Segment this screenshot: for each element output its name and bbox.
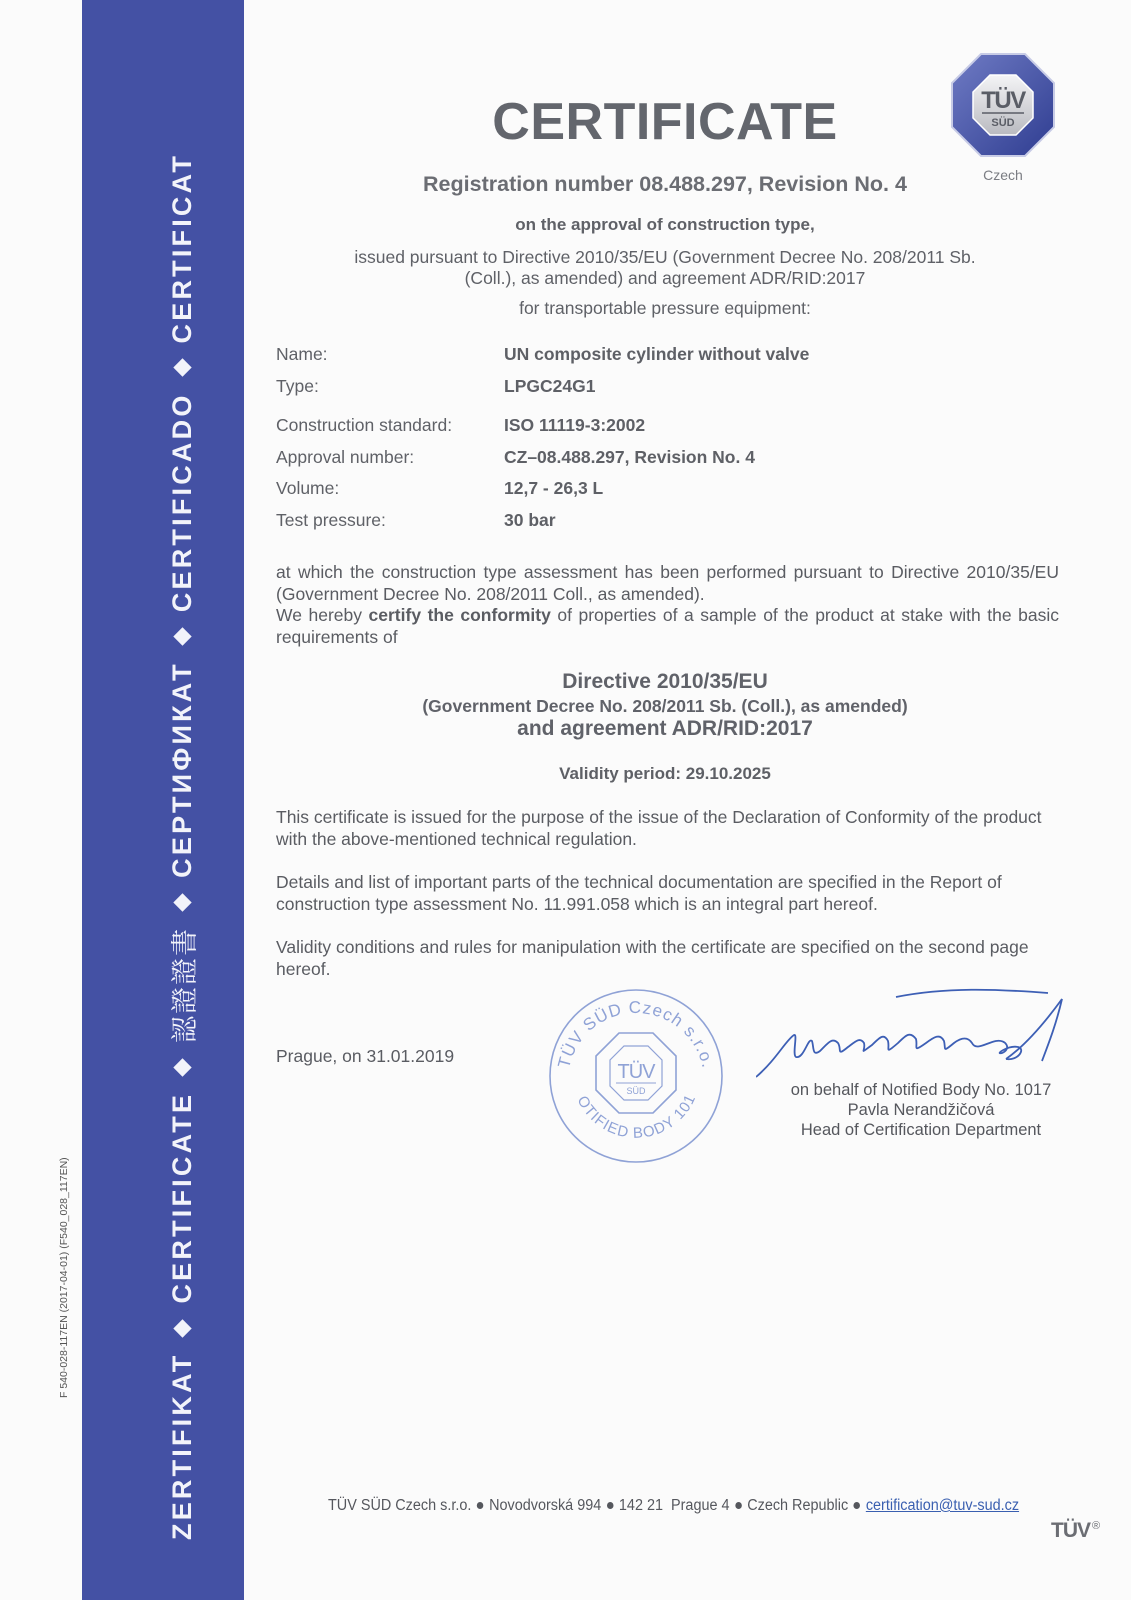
certify-text: We hereby certify the conformity of prop…: [276, 605, 1059, 648]
official-stamp-icon: TÜV SÜD Czech s.r.o. NOTIFIED BODY 1017 …: [546, 986, 726, 1166]
field-value: ISO 11119-3:2002: [504, 415, 645, 436]
field-value: UN composite cylinder without valve: [504, 344, 809, 365]
field-label: Construction standard:: [276, 415, 504, 436]
field-label: Type:: [276, 376, 504, 397]
field-test-pressure: Test pressure: 30 bar: [276, 510, 809, 542]
footer-email-link[interactable]: certification@tuv-sud.cz: [866, 1497, 1019, 1514]
diamond-icon: [173, 1319, 191, 1337]
svg-text:SÜD: SÜD: [626, 1086, 646, 1096]
certify-emphasis: certify the conformity: [369, 605, 551, 625]
stripe-word-ru: СЕРТИФИКАТ: [167, 661, 198, 878]
assessment-text: at which the construction type assessmen…: [276, 562, 1059, 605]
field-type: Type: LPGC24G1: [276, 376, 809, 408]
field-approval-number: Approval number: CZ–08.488.297, Revision…: [276, 447, 809, 479]
signer-name: Pavla Nerandžičová: [776, 1100, 1066, 1120]
validity-period: Validity period: 29.10.2025: [270, 764, 1060, 784]
bullet-icon: [854, 1502, 861, 1509]
product-details: Name: UN composite cylinder without valv…: [276, 344, 809, 541]
stripe-word-fr: CERTIFICAT: [167, 153, 198, 343]
registered-icon: ®: [1092, 1520, 1099, 1532]
bullet-icon: [477, 1502, 484, 1509]
issued-line-1: issued pursuant to Directive 2010/35/EU …: [270, 247, 1060, 268]
field-value: LPGC24G1: [504, 376, 595, 397]
field-value: 12,7 - 26,3 L: [504, 478, 603, 499]
field-construction-standard: Construction standard: ISO 11119-3:2002: [276, 415, 809, 447]
assessment-paragraph: at which the construction type assessmen…: [276, 562, 1059, 648]
footer-company: TÜV SÜD Czech s.r.o.: [328, 1497, 471, 1514]
directive-decree: (Government Decree No. 208/2011 Sb. (Col…: [270, 696, 1060, 717]
field-value: 30 bar: [504, 510, 556, 531]
footer-country: Czech Republic: [747, 1497, 848, 1514]
signatory-block: on behalf of Notified Body No. 1017 Pavl…: [776, 1080, 1066, 1140]
field-name: Name: UN composite cylinder without valv…: [276, 344, 809, 376]
certify-prefix: We hereby: [276, 605, 369, 625]
purpose-paragraph: This certificate is issued for the purpo…: [276, 807, 1059, 850]
issued-line-2: (Coll.), as amended) and agreement ADR/R…: [270, 268, 1060, 289]
directive-agreement: and agreement ADR/RID:2017: [270, 717, 1060, 741]
svg-text:TÜV SÜD Czech s.r.o.: TÜV SÜD Czech s.r.o.: [554, 998, 717, 1070]
approval-subtitle: on the approval of construction type,: [270, 215, 1060, 235]
diamond-icon: [173, 893, 191, 911]
field-volume: Volume: 12,7 - 26,3 L: [276, 478, 809, 510]
directive-title: Directive 2010/35/EU: [270, 670, 1060, 694]
signature-icon: [756, 985, 1066, 1095]
issued-pursuant-text: issued pursuant to Directive 2010/35/EU …: [270, 247, 1060, 289]
notified-body: on behalf of Notified Body No. 1017: [776, 1080, 1066, 1100]
details-paragraph: Details and list of important parts of t…: [276, 872, 1059, 915]
footer-city: 142 21 Prague 4: [619, 1497, 730, 1514]
tuv-mark-text: TÜV: [1051, 1519, 1090, 1542]
diamond-icon: [173, 359, 191, 377]
field-label: Name:: [276, 344, 504, 365]
page-title: CERTIFICATE: [270, 92, 1060, 152]
form-code: F 540-028-117EN (2017-04-01) (F540_028_1…: [58, 1157, 70, 1398]
bullet-icon: [607, 1502, 614, 1509]
tuv-trademark: TÜV®: [1051, 1519, 1099, 1543]
stripe-word-de: ZERTIFIKAT: [167, 1353, 198, 1540]
bullet-icon: [735, 1502, 742, 1509]
field-label: Volume:: [276, 478, 504, 499]
equipment-scope: for transportable pressure equipment:: [270, 298, 1060, 319]
place-and-date: Prague, on 31.01.2019: [276, 1046, 454, 1067]
stripe-multilingual-label: ZERTIFIKAT CERTIFICATE 認證證書 СЕРТИФИКАТ C…: [163, 153, 202, 1540]
stripe-word-es: CERTIFICADO: [167, 392, 198, 612]
field-label: Approval number:: [276, 447, 504, 468]
conditions-paragraph: Validity conditions and rules for manipu…: [276, 937, 1059, 980]
diamond-icon: [173, 627, 191, 645]
footer-street: Novodvorská 994: [489, 1497, 601, 1514]
stripe-word-zh: 認證證書: [163, 927, 202, 1043]
signer-title: Head of Certification Department: [776, 1120, 1066, 1140]
diamond-icon: [173, 1058, 191, 1076]
svg-text:TÜV: TÜV: [618, 1061, 657, 1083]
stripe-word-en: CERTIFICATE: [167, 1092, 198, 1304]
footer-address: TÜV SÜD Czech s.r.o.Novodvorská 994142 2…: [328, 1497, 1019, 1515]
field-label: Test pressure:: [276, 510, 504, 531]
registration-number: Registration number 08.488.297, Revision…: [270, 172, 1060, 197]
field-value: CZ–08.488.297, Revision No. 4: [504, 447, 755, 468]
